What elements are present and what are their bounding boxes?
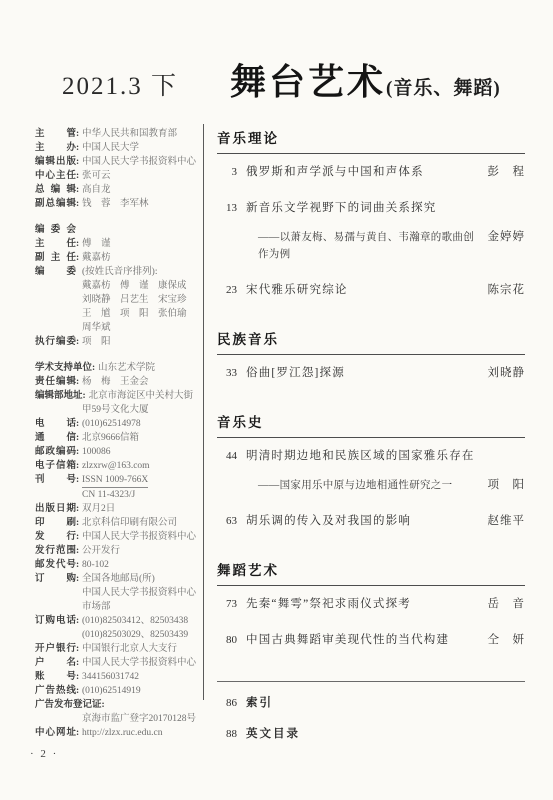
toc-entry-main-row: 63 胡乐调的传入及对我国的影响 赵维平: [217, 513, 525, 530]
section-heading: 民族音乐: [217, 331, 525, 355]
masthead-value: 王 馗 项 阳 张伯瑜: [82, 308, 187, 320]
masthead-value-stack: 张可云: [82, 170, 111, 182]
masthead-line: 电子信箱:zlzxrw@163.com: [35, 460, 200, 472]
masthead-label: 副主任: [35, 252, 76, 264]
masthead-line: 学术支持单位:山东艺术学院: [35, 362, 200, 374]
masthead-line: 周华斌: [35, 322, 200, 334]
masthead-value: 项 阳: [82, 336, 111, 348]
masthead-group-publication-info: 学术支持单位:山东艺术学院 责任编辑:杨 梅 王金会 编辑部地址:北京市海淀区中…: [35, 362, 200, 739]
toc-entry: 3 俄罗斯和声学派与中国和声体系 彭 程: [217, 164, 525, 181]
masthead-value: 市场部: [82, 601, 111, 613]
masthead-value: 80-102: [82, 559, 109, 571]
masthead-value: 中国人民大学书报资料中心: [82, 531, 196, 543]
section-items: 73 先秦“舞雩”祭祀求雨仪式探考 岳 音 80 中国古典舞蹈审美现代性的当代构…: [217, 596, 525, 649]
toc-entry-subtitle-row: ——国家用乐中原与边地相通性研究之一 项 阳: [217, 477, 525, 494]
masthead-label: 主任: [35, 238, 76, 250]
toc-entry-main-row: 73 先秦“舞雩”祭祀求雨仪式探考 岳 音: [217, 596, 525, 613]
masthead-value: http://zlzx.ruc.edu.cn: [82, 727, 162, 739]
masthead-line: 副总编辑:钱 蓉 李军林: [35, 198, 200, 210]
backmatter-row: 86 索引: [217, 695, 525, 712]
article-author: 岳 音: [480, 596, 526, 613]
toc-entry-subtitle-row: ——以萧友梅、易孺与黄自、韦瀚章的歌曲创作为例 金婷婷: [217, 229, 525, 263]
masthead-label: 户名: [35, 657, 76, 669]
article-author: 项 阳: [480, 477, 526, 494]
toc-entry: 13 新音乐文学视野下的词曲关系探究 ——以萧友梅、易孺与黄自、韦瀚章的歌曲创作…: [217, 200, 525, 263]
masthead-value: 全国各地邮局(所): [82, 573, 155, 585]
masthead-label: 刊号: [35, 474, 76, 486]
issue-number: 2021.3 下: [62, 66, 178, 102]
masthead-label: 执行编委: [35, 336, 76, 348]
toc-section-music-history: 音乐史 44 明清时期边地和民族区域的国家雅乐存在 ——国家用乐中原与边地相通性…: [217, 414, 525, 530]
article-title: 中国古典舞蹈审美现代性的当代构建: [246, 632, 449, 649]
masthead-value-stack: (010)62514978: [82, 418, 141, 430]
masthead-line: 责任编辑:杨 梅 王金会: [35, 376, 200, 388]
backmatter-entry: 88 英文目录: [217, 726, 525, 743]
backmatter-page-number: 86: [217, 695, 237, 712]
article-page-number: 13: [217, 200, 237, 217]
section-items: 44 明清时期边地和民族区域的国家雅乐存在 ——国家用乐中原与边地相通性研究之一…: [217, 448, 525, 530]
section-items: 3 俄罗斯和声学派与中国和声体系 彭 程 13 新音乐文学视野下的词曲关系探究 …: [217, 164, 525, 299]
masthead-value: (010)62514978: [82, 418, 141, 430]
masthead-line: 刊号:ISSN 1009-766XCN 11-4323/J: [35, 474, 200, 501]
masthead-value-stack: 100086: [82, 446, 111, 458]
masthead-value-stack: 双月2日: [82, 503, 115, 515]
masthead-value-stack: 钱 蓉 李军林: [82, 198, 149, 210]
article-page-number: 33: [217, 365, 237, 382]
toc-entry-main-row: 44 明清时期边地和民族区域的国家雅乐存在: [217, 448, 525, 465]
article-page-number: 3: [217, 164, 237, 181]
masthead-line: 发行:中国人民大学书报资料中心: [35, 531, 200, 543]
masthead-value: 戴嘉枋 傅 谨 康保成: [82, 280, 187, 292]
journal-title: 舞台艺术: [230, 54, 386, 105]
masthead-value: 傅 谨: [82, 238, 111, 250]
masthead-value: zlzxrw@163.com: [82, 460, 150, 472]
masthead-line: 执行编委:项 阳: [35, 336, 200, 348]
backmatter-title: 英文目录: [246, 726, 300, 743]
backmatter-entry: 86 索引: [217, 695, 525, 712]
article-subtitle: ——国家用乐中原与边地相通性研究之一: [258, 477, 452, 494]
masthead-label: 邮政编码: [35, 446, 76, 458]
masthead-label: 编委: [35, 266, 76, 278]
masthead-line: 开户银行:中国银行北京人大支行: [35, 643, 200, 655]
masthead-value: 张可云: [82, 170, 111, 182]
section-items: 33 俗曲[罗江怨]探源 刘晓静: [217, 365, 525, 382]
masthead-line: 王 馗 项 阳 张伯瑜: [35, 308, 200, 320]
article-page-number: 23: [217, 282, 237, 299]
masthead-group-publisher: 主管:中华人民共和国教育部 主办:中国人民大学 编辑出版:中国人民大学书报资料中…: [35, 128, 200, 210]
article-title: 胡乐调的传入及对我国的影响: [246, 513, 411, 530]
masthead-value-stack: 傅 谨: [82, 238, 111, 250]
section-heading: 舞蹈艺术: [217, 562, 525, 586]
masthead-value: (010)82503029、82503439: [82, 629, 188, 641]
article-page-number: 73: [217, 596, 237, 613]
masthead-value-stack: 中国人民大学书报资料中心: [82, 587, 196, 599]
masthead-line: 邮发代号:80-102: [35, 559, 200, 571]
section-heading: 音乐理论: [217, 130, 525, 154]
masthead-label: 发行范围: [35, 545, 76, 557]
section-heading: 音乐史: [217, 414, 525, 438]
masthead-label: 开户银行: [35, 643, 76, 655]
masthead-label: 订购电话: [35, 615, 76, 627]
masthead-value-stack: (010)62514919: [82, 685, 141, 697]
toc-entry: 33 俗曲[罗江怨]探源 刘晓静: [217, 365, 525, 382]
backmatter-items: 86 索引 88 英文目录: [217, 695, 525, 743]
toc-entry: 73 先秦“舞雩”祭祀求雨仪式探考 岳 音: [217, 596, 525, 613]
masthead-value-stack: http://zlzx.ruc.edu.cn: [82, 727, 162, 739]
backmatter-divider: [217, 681, 525, 682]
masthead-value-stack: 周华斌: [82, 322, 111, 334]
masthead-label: 中心主任: [35, 170, 76, 182]
masthead-label: 订购: [35, 573, 76, 585]
masthead-value-stack: 项 阳: [82, 336, 111, 348]
masthead-value-stack: 中国银行北京人大支行: [82, 643, 177, 655]
masthead-value-stack: zlzxrw@163.com: [82, 460, 150, 472]
masthead-value-stack: 中国人民大学书报资料中心: [82, 156, 196, 168]
masthead-value-stack: 中国人民大学: [82, 142, 139, 154]
masthead-value-stack: (010)82503412、82503438: [82, 615, 188, 627]
masthead-line: 账号:344156031742: [35, 671, 200, 683]
toc-section-music-theory: 音乐理论 3 俄罗斯和声学派与中国和声体系 彭 程 13 新音乐文学视野下的词曲…: [217, 130, 525, 299]
masthead-value: 中国人民大学书报资料中心: [82, 587, 196, 599]
masthead-value-stack: 戴嘉枋: [82, 252, 111, 264]
masthead-label: 主管: [35, 128, 76, 140]
masthead-value: 杨 梅 王金会: [82, 376, 149, 388]
masthead-value-stack: 全国各地邮局(所): [82, 573, 155, 585]
masthead-value: 北京市海淀区中关村大街: [89, 390, 194, 402]
masthead-value: ISSN 1009-766X: [82, 474, 148, 486]
masthead-label: 出版日期: [35, 503, 76, 515]
masthead-label: 编辑部地址: [35, 390, 83, 402]
masthead-value-secondary: CN 11-4323/J: [82, 487, 148, 501]
masthead-line: 出版日期:双月2日: [35, 503, 200, 515]
masthead-column: 主管:中华人民共和国教育部 主办:中国人民大学 编辑出版:中国人民大学书报资料中…: [35, 128, 200, 753]
masthead-value-stack: 高自龙: [82, 184, 111, 196]
table-of-contents: 音乐理论 3 俄罗斯和声学派与中国和声体系 彭 程 13 新音乐文学视野下的词曲…: [217, 130, 525, 757]
masthead-line: (010)82503029、82503439: [35, 629, 200, 641]
article-title: 明清时期边地和民族区域的国家雅乐存在: [246, 448, 475, 465]
masthead-value-stack: 王 馗 项 阳 张伯瑜: [82, 308, 187, 320]
masthead-line: 主办:中国人民大学: [35, 142, 200, 154]
masthead-value-stack: 刘晓静 吕艺生 宋宝珍: [82, 294, 187, 306]
masthead-value: 中国银行北京人大支行: [82, 643, 177, 655]
masthead-line: 编辑部地址:北京市海淀区中关村大街: [35, 390, 200, 402]
masthead-value-stack: ISSN 1009-766XCN 11-4323/J: [82, 474, 148, 501]
toc-entry: 63 胡乐调的传入及对我国的影响 赵维平: [217, 513, 525, 530]
masthead-label: 学术支持单位: [35, 362, 92, 374]
article-author: 仝 妍: [480, 632, 526, 649]
masthead-line: 中心主任:张可云: [35, 170, 200, 182]
masthead-value-stack: 杨 梅 王金会: [82, 376, 149, 388]
masthead-line: 订购电话:(010)82503412、82503438: [35, 615, 200, 627]
masthead-value: 中国人民大学书报资料中心: [82, 156, 196, 168]
article-page-number: 63: [217, 513, 237, 530]
article-title: 俗曲[罗江怨]探源: [246, 365, 345, 382]
toc-backmatter: 86 索引 88 英文目录: [217, 681, 525, 743]
masthead-line: 印刷:北京科信印刷有限公司: [35, 517, 200, 529]
masthead-group-editorial-board: 编委会 主任:傅 谨 副主任:戴嘉枋 编委(按姓氏音序排列): 戴嘉枋 傅 谨 …: [35, 224, 200, 348]
masthead-value: 中国人民大学书报资料中心: [82, 657, 196, 669]
masthead-line: 市场部: [35, 601, 200, 613]
backmatter-page-number: 88: [217, 726, 237, 743]
toc-section-dance-art: 舞蹈艺术 73 先秦“舞雩”祭祀求雨仪式探考 岳 音 80 中国古典舞蹈审美现代…: [217, 562, 525, 649]
masthead-value-stack: 北京9666信箱: [82, 432, 139, 444]
masthead-line: 总编辑:高自龙: [35, 184, 200, 196]
masthead-label: 总编辑: [35, 184, 76, 196]
backmatter-title: 索引: [246, 695, 273, 712]
article-page-number: 80: [217, 632, 237, 649]
masthead-value: 甲59号文化大厦: [82, 404, 149, 416]
masthead-label: 中心网址: [35, 727, 76, 739]
masthead-line: 京海市监广登字20170128号: [35, 713, 200, 725]
masthead-value: 钱 蓉 李军林: [82, 198, 149, 210]
masthead-label: 责任编辑: [35, 376, 76, 388]
masthead-value: 京海市监广登字20170128号: [82, 713, 196, 725]
toc-entry: 23 宋代雅乐研究综论 陈宗花: [217, 282, 525, 299]
masthead-value: (010)62514919: [82, 685, 141, 697]
journal-subtitle: (音乐、舞蹈): [386, 73, 501, 100]
column-divider: [203, 124, 204, 700]
masthead-line: 广告发布登记证:: [35, 699, 200, 711]
masthead-value-stack: (010)82503029、82503439: [82, 629, 188, 641]
masthead-label: 主办: [35, 142, 76, 154]
masthead-line: 编委(按姓氏音序排列):: [35, 266, 200, 278]
masthead-value-stack: 80-102: [82, 559, 109, 571]
masthead-line: 刘晓静 吕艺生 宋宝珍: [35, 294, 200, 306]
masthead-value-stack: 中国人民大学书报资料中心: [82, 531, 196, 543]
masthead-value-stack: (按姓氏音序排列):: [82, 266, 157, 278]
masthead-value-stack: 北京科信印刷有限公司: [82, 517, 177, 529]
masthead-label: 发行: [35, 531, 76, 543]
masthead-value-stack: 市场部: [82, 601, 111, 613]
masthead-line: 主任:傅 谨: [35, 238, 200, 250]
page-number: · 2 ·: [30, 748, 58, 760]
masthead-label: 账号: [35, 671, 76, 683]
masthead-value-stack: 中华人民共和国教育部: [82, 128, 177, 140]
masthead-value-stack: 戴嘉枋 傅 谨 康保成: [82, 280, 187, 292]
article-title: 新音乐文学视野下的词曲关系探究: [246, 200, 437, 217]
article-title: 俄罗斯和声学派与中国和声体系: [246, 164, 424, 181]
masthead-value-stack: 344156031742: [82, 671, 139, 683]
masthead-label: 印刷: [35, 517, 76, 529]
masthead-value: 周华斌: [82, 322, 111, 334]
masthead-value-stack: 京海市监广登字20170128号: [82, 713, 196, 725]
toc-entry-main-row: 33 俗曲[罗江怨]探源 刘晓静: [217, 365, 525, 382]
toc-entry-main-row: 80 中国古典舞蹈审美现代性的当代构建 仝 妍: [217, 632, 525, 649]
masthead-label: 邮发代号: [35, 559, 76, 571]
article-author: 赵维平: [480, 513, 526, 530]
masthead-value-stack: 甲59号文化大厦: [82, 404, 149, 416]
article-title: 先秦“舞雩”祭祀求雨仪式探考: [246, 596, 411, 613]
page-header: 2021.3 下 舞台艺术 (音乐、舞蹈): [62, 54, 525, 105]
article-subtitle: ——以萧友梅、易孺与黄自、韦瀚章的歌曲创作为例: [258, 229, 480, 263]
masthead-value: 中华人民共和国教育部: [82, 128, 177, 140]
masthead-value-stack: 北京市海淀区中关村大街: [89, 390, 194, 402]
masthead-line: 订购:全国各地邮局(所): [35, 573, 200, 585]
masthead-label: 编委会: [35, 224, 76, 236]
masthead-line: 中心网址:http://zlzx.ruc.edu.cn: [35, 727, 200, 739]
article-author: 金婷婷: [480, 229, 526, 246]
masthead-line: 广告热线:(010)62514919: [35, 685, 200, 697]
masthead-label: 通信: [35, 432, 76, 444]
masthead-value: 公开发行: [82, 545, 120, 557]
masthead-label: 电话: [35, 418, 76, 430]
masthead-line: 通信:北京9666信箱: [35, 432, 200, 444]
article-author: 彭 程: [480, 164, 526, 181]
masthead-line: 邮政编码:100086: [35, 446, 200, 458]
masthead-value: 100086: [82, 446, 111, 458]
masthead-value: 双月2日: [82, 503, 115, 515]
article-title: 宋代雅乐研究综论: [246, 282, 348, 299]
masthead-value: (010)82503412、82503438: [82, 615, 188, 627]
masthead-line: 编委会: [35, 224, 200, 236]
masthead-line: 戴嘉枋 傅 谨 康保成: [35, 280, 200, 292]
masthead-value-stack: 山东艺术学院: [98, 362, 155, 374]
masthead-label: 广告发布登记证: [35, 699, 102, 711]
toc-entry-main-row: 13 新音乐文学视野下的词曲关系探究: [217, 200, 525, 217]
toc-entry-main-row: 23 宋代雅乐研究综论 陈宗花: [217, 282, 525, 299]
masthead-line: 户名:中国人民大学书报资料中心: [35, 657, 200, 669]
masthead-label: 副总编辑: [35, 198, 76, 210]
toc-section-folk-music: 民族音乐 33 俗曲[罗江怨]探源 刘晓静: [217, 331, 525, 382]
toc-entry-main-row: 3 俄罗斯和声学派与中国和声体系 彭 程: [217, 164, 525, 181]
masthead-label: 电子信箱: [35, 460, 76, 472]
masthead-value: (按姓氏音序排列):: [82, 266, 157, 278]
masthead-value: 北京科信印刷有限公司: [82, 517, 177, 529]
masthead-colon: :: [102, 699, 108, 711]
masthead-value: 344156031742: [82, 671, 139, 683]
article-page-number: 44: [217, 448, 237, 465]
masthead-label: 编辑出版: [35, 156, 76, 168]
masthead-line: 发行范围:公开发行: [35, 545, 200, 557]
masthead-line: 电话:(010)62514978: [35, 418, 200, 430]
masthead-value: 中国人民大学: [82, 142, 139, 154]
masthead-value: 山东艺术学院: [98, 362, 155, 374]
toc-entry: 44 明清时期边地和民族区域的国家雅乐存在 ——国家用乐中原与边地相通性研究之一…: [217, 448, 525, 494]
masthead-value: 北京9666信箱: [82, 432, 139, 444]
masthead-value-stack: 中国人民大学书报资料中心: [82, 657, 196, 669]
journal-toc-page: 2021.3 下 舞台艺术 (音乐、舞蹈) 主管:中华人民共和国教育部 主办:中…: [0, 0, 553, 800]
masthead-line: 甲59号文化大厦: [35, 404, 200, 416]
article-author: 陈宗花: [480, 282, 526, 299]
toc-entry: 80 中国古典舞蹈审美现代性的当代构建 仝 妍: [217, 632, 525, 649]
masthead-line: 编辑出版:中国人民大学书报资料中心: [35, 156, 200, 168]
masthead-line: 主管:中华人民共和国教育部: [35, 128, 200, 140]
article-author: 刘晓静: [480, 365, 526, 382]
masthead-line: 副主任:戴嘉枋: [35, 252, 200, 264]
masthead-line: 中国人民大学书报资料中心: [35, 587, 200, 599]
backmatter-row: 88 英文目录: [217, 726, 525, 743]
masthead-label: 广告热线: [35, 685, 76, 697]
masthead-value: 高自龙: [82, 184, 111, 196]
masthead-value: 刘晓静 吕艺生 宋宝珍: [82, 294, 187, 306]
masthead-value: 戴嘉枋: [82, 252, 111, 264]
masthead-value-stack: 公开发行: [82, 545, 120, 557]
